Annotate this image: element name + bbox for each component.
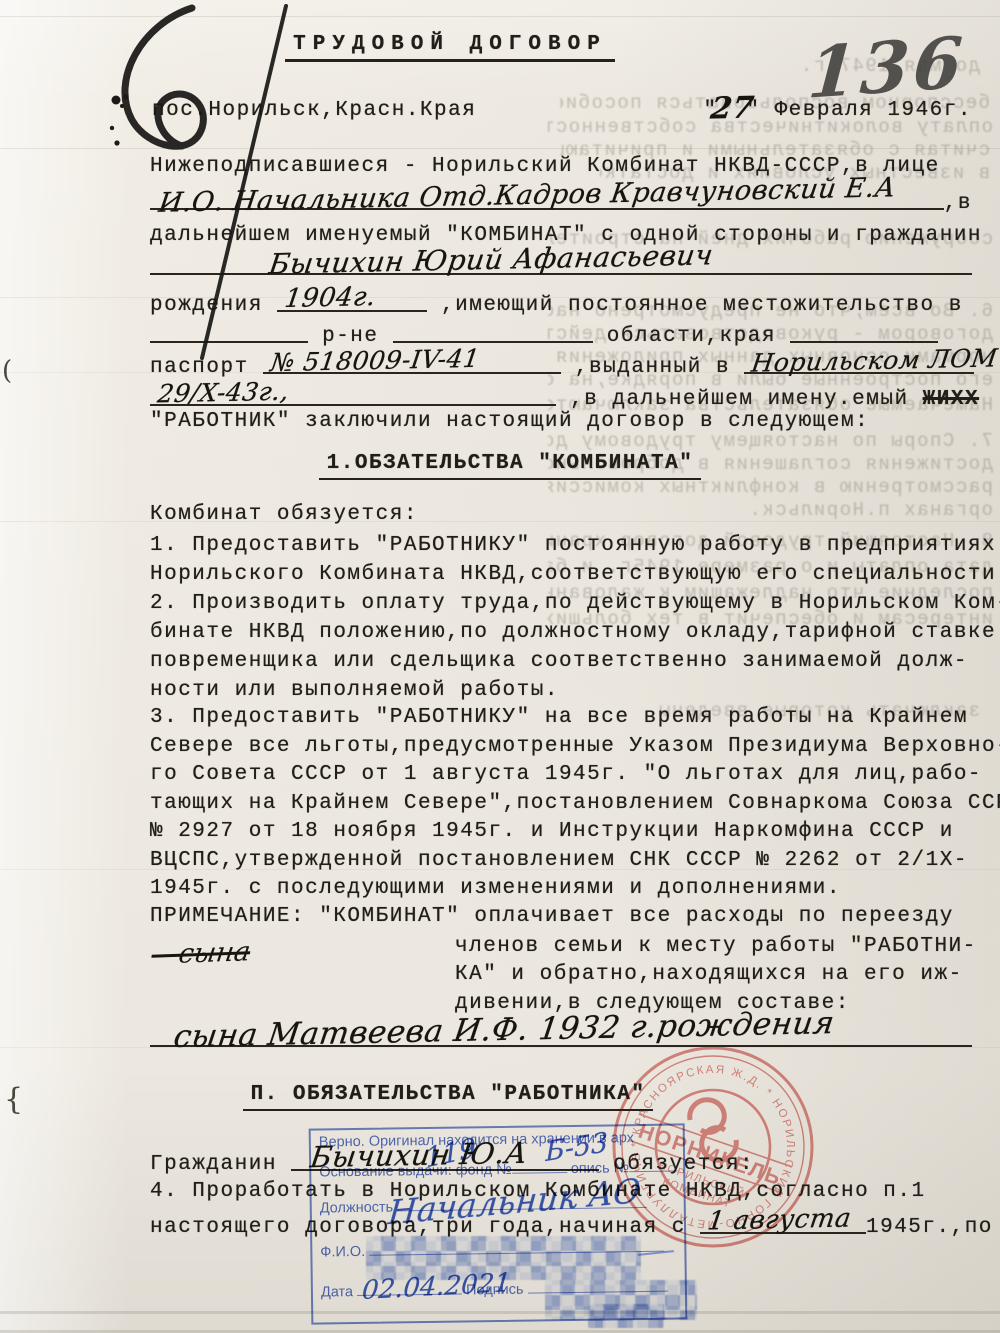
handwritten-text: 1 августа (706, 1204, 853, 1237)
blank-fill-line: 29/X-43г., (150, 383, 398, 406)
doc-line: 1945г. с последующими изменениями и допо… (150, 877, 972, 900)
typed-text: № 2927 от 18 ноября 1945г. и Инструкции … (150, 820, 954, 843)
doc-line: ПРИМЕЧАНИЕ: "КОМБИНАТ" оплачивает все ра… (150, 905, 972, 928)
typed-text: 2. Производить оплату труда,по действующ… (150, 592, 1000, 615)
handwritten-page-number: 136 (805, 20, 969, 115)
section-heading-text: П. ОБЯЗАТЕЛЬСТВА "РАБОТНИКА" (243, 1083, 654, 1111)
typed-text: области,края (593, 325, 790, 348)
redacted-signature-mosaic (588, 1304, 664, 1328)
section-2-heading: П. ОБЯЗАТЕЛЬСТВА "РАБОТНИКА" (0, 1083, 896, 1106)
blank-fill-line: № 518009-IV-41 (263, 351, 561, 374)
blank-fill-line: сына Матвеева И.Ф. 1932 г.рождения (150, 1024, 972, 1047)
doc-line: членов семьи к месту работы "РАБОТНИ- (455, 935, 972, 958)
doc-line: Севере все льготы,предусмотренные Указом… (150, 735, 972, 758)
handwritten-text: сына Матвеева И.Ф. 1932 г.рождения (172, 1005, 837, 1055)
typed-text: членов семьи к месту работы "РАБОТНИ- (455, 935, 977, 958)
doc-line: № 2927 от 18 ноября 1945г. и Инструкции … (150, 820, 972, 843)
typed-text: Комбинат обязуется: (150, 503, 418, 526)
typed-text: ВЦСПС,утвержденной постановлением СНК СС… (150, 849, 968, 872)
dependents-line: сына Матвеева И.Ф. 1932 г.рождения (150, 1022, 972, 1045)
typed-text: ПРИМЕЧАНИЕ: "КОМБИНАТ" оплачивает все ра… (150, 905, 954, 928)
section-heading-text: 1.ОБЗАТЕЛЬСТВА "КОМБИНАТА" (319, 452, 702, 480)
margin-strikeout-note: —сына (150, 936, 253, 970)
doc-line: го Совета СССР от 1 августа 1945г. "О ль… (150, 763, 972, 786)
typed-text: р-не (308, 325, 393, 348)
typed-text: 1945г. с последующими изменениями и допо… (150, 877, 841, 900)
typed-text: 3. Предоставить "РАБОТНИКУ" на все время… (150, 706, 968, 729)
typed-text: Севере все льготы,предусмотренные Указом… (150, 735, 1000, 758)
typed-text: го Совета СССР от 1 августа 1945г. "О ль… (150, 763, 982, 786)
typed-text: повременщика или сдельщика соответственн… (150, 650, 968, 673)
handwritten-text: 27 (708, 91, 756, 127)
typed-text: 1. Предоставить "РАБОТНИКУ" постоянную р… (150, 534, 996, 557)
typed-text: ности или выполняемой работы. (150, 679, 559, 702)
doc-line: бинате НКВД положению,по должностному ок… (150, 621, 972, 644)
doc-line: повременщика или сдельщика соответственн… (150, 650, 972, 673)
typed-text: ,выданный в (561, 356, 744, 379)
typed-text: Гражданин (150, 1153, 291, 1176)
blank-fill-line (398, 383, 556, 406)
typed-text: тающих на Крайнем Севере",постановлением… (150, 792, 1000, 815)
doc-line: 1. Предоставить "РАБОТНИКУ" постоянную р… (150, 534, 972, 557)
doc-line: ВЦСПС,утвержденной постановлением СНК СС… (150, 849, 972, 872)
typed-text: 1945г.,по (866, 1216, 993, 1239)
handwritten-text: Норильском ЛОМ (750, 343, 1000, 377)
doc-line: 2. Производить оплату труда,по действующ… (150, 592, 972, 615)
redacted-name-mosaic (366, 1236, 641, 1280)
doc-line: ности или выполняемой работы. (150, 679, 972, 702)
section-heading-text: ТРУДОВОЙ ДОГОВОР (285, 33, 615, 62)
doc-line: 3. Предоставить "РАБОТНИКУ" на все время… (150, 706, 972, 729)
doc-line: Норильского Комбината НКВД,соответствующ… (150, 563, 972, 586)
pen-flourish-mark (50, 0, 300, 380)
stamp-row-verno: Верно. Оригинал находится на хранении в … (319, 1129, 677, 1150)
margin-brace-mark: ( (2, 356, 12, 386)
doc-line: тающих на Крайнем Севере",постановлением… (150, 792, 972, 815)
scanned-labor-contract-page: до мая 1947 г.бесспорном воспользоваться… (0, 0, 1000, 1333)
doc-line: "РАБОТНИК" заключили настоящий договор в… (150, 410, 972, 433)
typed-text: ,в дальнейшем имену.емый (556, 388, 923, 411)
typed-text: Норильского Комбината НКВД,соответствующ… (150, 563, 1000, 586)
typed-text: бинате НКВД положению,по должностному ок… (150, 621, 996, 644)
margin-brace-mark: { (4, 1082, 23, 1117)
typed-text: КА" и обратно,находящихся на его иж- (455, 963, 963, 986)
blank-fill-line (790, 320, 938, 343)
doc-line: КА" и обратно,находящихся на его иж- (455, 963, 972, 986)
handwritten-text: 29/X-43г., (156, 377, 291, 409)
section-1-heading: 1.ОБЗАТЕЛЬСТВА "КОМБИНАТА" (0, 452, 1000, 475)
struck-text: ЖИХХ (923, 388, 979, 411)
blank-fill-line: Норильском ЛОМ (744, 351, 974, 374)
doc-line: 29/X-43г., ,в дальнейшем имену.емый ЖИХХ (150, 381, 972, 411)
typed-text: ,имеющий постоянное местожительство в (427, 294, 963, 317)
typed-text: "РАБОТНИК" заключили настоящий договор в… (150, 410, 869, 433)
doc-line: Комбинат обязуется: (150, 503, 972, 526)
blank-fill-line (393, 320, 593, 343)
blank-fill-line: 1 августа (700, 1211, 866, 1234)
typed-text: ,в (944, 192, 972, 215)
handwritten-text: № 518009-IV-41 (269, 344, 482, 377)
ink-blots (100, 88, 140, 158)
